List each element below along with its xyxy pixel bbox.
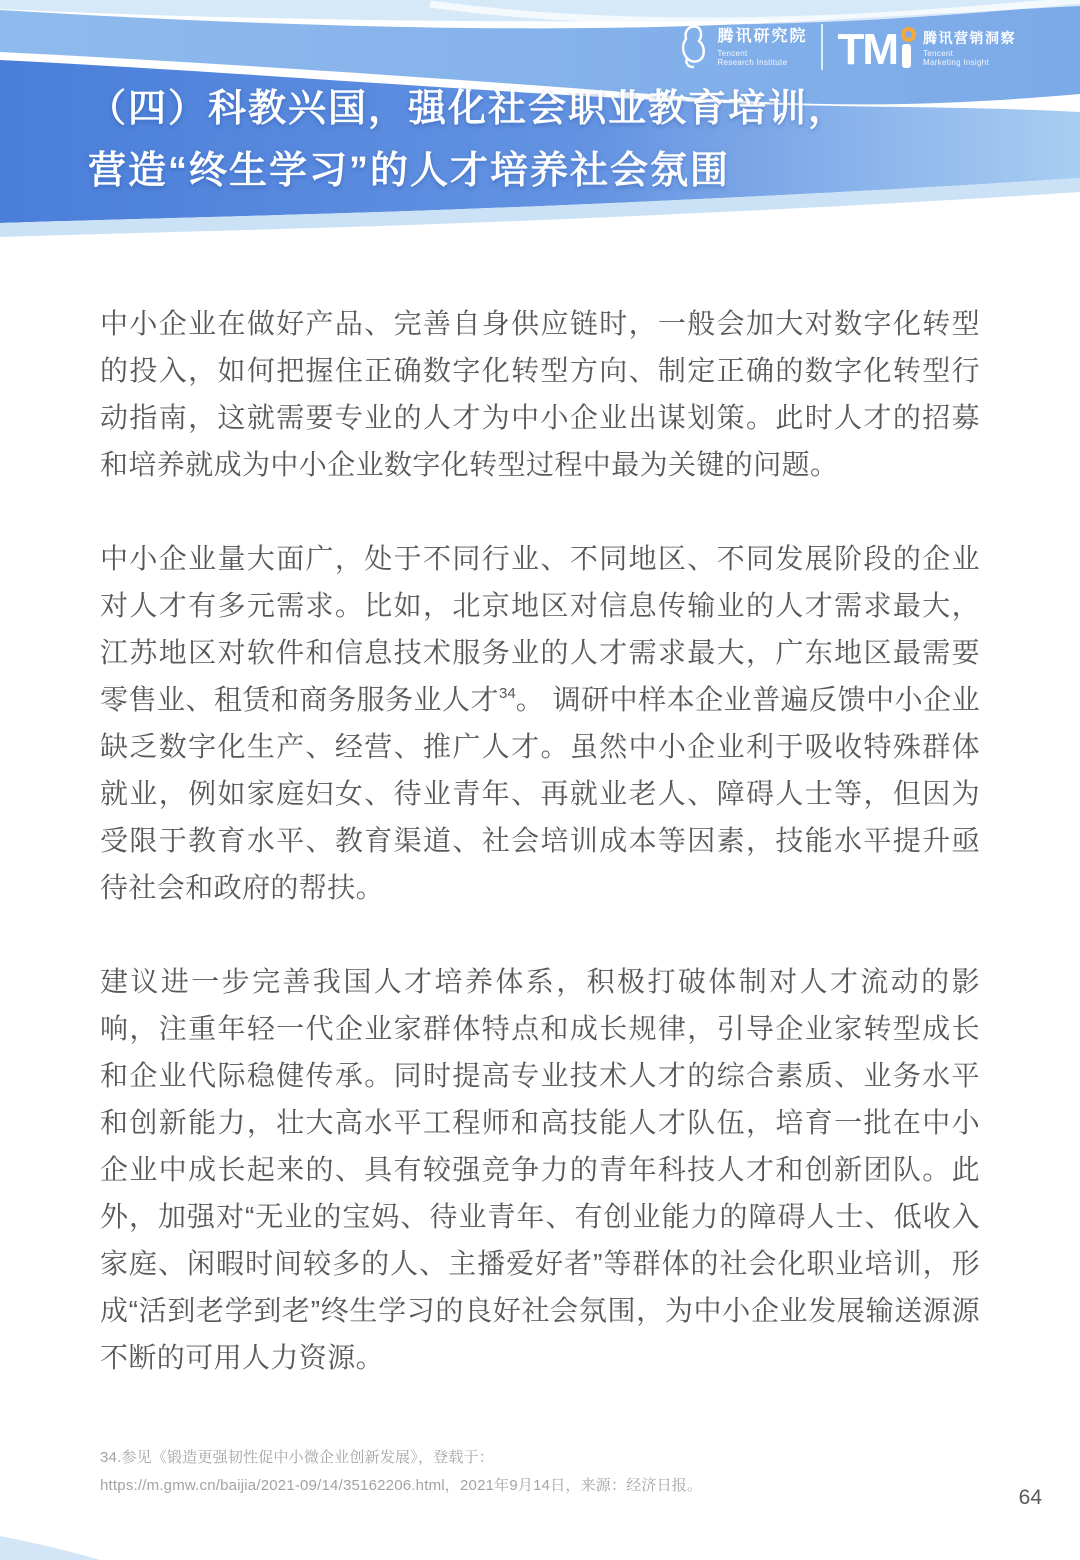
footnote-line1: 34.参见《锻造更强韧性促中小微企业创新发展》，登载于：	[100, 1444, 860, 1472]
brand-logos: 腾讯研究院 Tencent Research Institute TM	[678, 24, 1016, 70]
tmi-letter-i	[901, 25, 913, 69]
section-title: （四）科教兴国，强化社会职业教育培训， 营造“终生学习”的人才培养社会氛围	[88, 78, 848, 202]
paragraph-2: 中小企业量大面广，处于不同行业、不同地区、不同发展阶段的企业对人才有多元需求。比…	[100, 535, 980, 911]
tmi-logo: TM 腾讯营销洞察 Tencent Marketing Insight	[837, 25, 1016, 69]
tmi-wordmark: TM	[837, 25, 913, 69]
tencent-research-institute-logo: 腾讯研究院 Tencent Research Institute	[678, 24, 807, 70]
penguin-icon	[678, 24, 708, 70]
page-number: 64	[1019, 1486, 1042, 1510]
footnote: 34.参见《锻造更强韧性促中小微企业创新发展》，登载于： https://m.g…	[100, 1444, 860, 1500]
paragraph-3: 建议进一步完善我国人才培养体系，积极打破体制对人才流动的影响，注重年轻一代企业家…	[100, 958, 980, 1381]
section-title-line2: 营造“终生学习”的人才培养社会氛围	[88, 140, 848, 202]
tri-cn-label: 腾讯研究院	[717, 28, 807, 46]
section-title-line1: （四）科教兴国，强化社会职业教育培训，	[88, 78, 848, 140]
tmi-en-label: Tencent Marketing Insight	[923, 49, 1016, 67]
tmi-cn-label: 腾讯营销洞察	[923, 30, 1016, 46]
footnote-ref-34: 34	[499, 685, 516, 702]
logo-divider	[821, 24, 823, 70]
body-content: 中小企业在做好产品、完善自身供应链时，一般会加大对数字化转型的投入，如何把握住正…	[100, 300, 980, 1428]
tri-en-label: Tencent Research Institute	[717, 49, 807, 67]
page-header: 腾讯研究院 Tencent Research Institute TM	[0, 0, 1080, 245]
paragraph-1: 中小企业在做好产品、完善自身供应链时，一般会加大对数字化转型的投入，如何把握住正…	[100, 300, 980, 488]
report-page: 腾讯研究院 Tencent Research Institute TM	[0, 0, 1080, 1560]
bottom-left-corner-decoration	[0, 1536, 110, 1560]
tmi-orange-dot-icon	[901, 27, 916, 42]
footnote-url: https://m.gmw.cn/baijia/2021-09/14/35162…	[100, 1472, 860, 1500]
